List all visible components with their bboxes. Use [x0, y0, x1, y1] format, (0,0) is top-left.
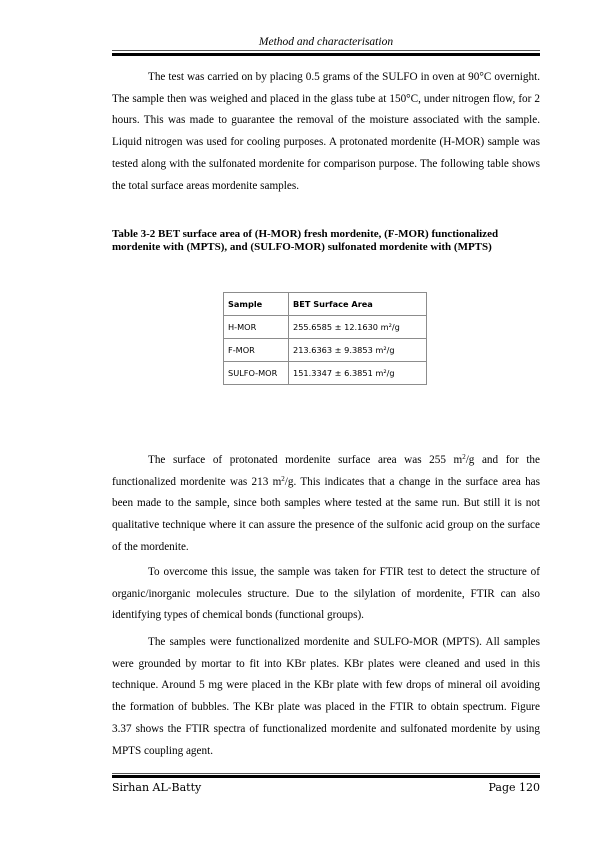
cell-sample: SULFO-MOR [224, 362, 289, 385]
footer-author: Sirhan AL-Batty [112, 781, 201, 795]
paragraph-bet-procedure: The test was carried on by placing 0.5 g… [112, 67, 540, 197]
header-rule [112, 50, 540, 56]
table-caption: Table 3-2 BET surface area of (H-MOR) fr… [112, 228, 540, 254]
cell-bet-value: 213.6363 ± 9.3853 m²/g [289, 339, 427, 362]
paragraph-ftir-procedure: The samples were functionalized mordenit… [112, 632, 540, 762]
running-header: Method and characterisation [112, 35, 540, 49]
table-row: SULFO-MOR 151.3347 ± 6.3851 m²/g [224, 362, 427, 385]
table-row: F-MOR 213.6363 ± 9.3853 m²/g [224, 339, 427, 362]
page-number: Page 120 [488, 781, 540, 795]
text-fragment: The surface of protonated mordenite surf… [148, 454, 462, 466]
cell-bet-value: 255.6585 ± 12.1630 m²/g [289, 316, 427, 339]
table-header-row: Sample BET Surface Area [224, 293, 427, 316]
bet-surface-area-table: Sample BET Surface Area H-MOR 255.6585 ±… [223, 292, 427, 385]
column-header-sample: Sample [224, 293, 289, 316]
page-footer: Sirhan AL-Batty Page 120 [112, 781, 540, 795]
cell-bet-value: 151.3347 ± 6.3851 m²/g [289, 362, 427, 385]
cell-sample: H-MOR [224, 316, 289, 339]
footer-rule [112, 773, 540, 778]
table-row: H-MOR 255.6585 ± 12.1630 m²/g [224, 316, 427, 339]
paragraph-ftir-intro: To overcome this issue, the sample was t… [112, 562, 540, 627]
cell-sample: F-MOR [224, 339, 289, 362]
column-header-bet-surface-area: BET Surface Area [289, 293, 427, 316]
paragraph-surface-area-discussion: The surface of protonated mordenite surf… [112, 450, 540, 559]
